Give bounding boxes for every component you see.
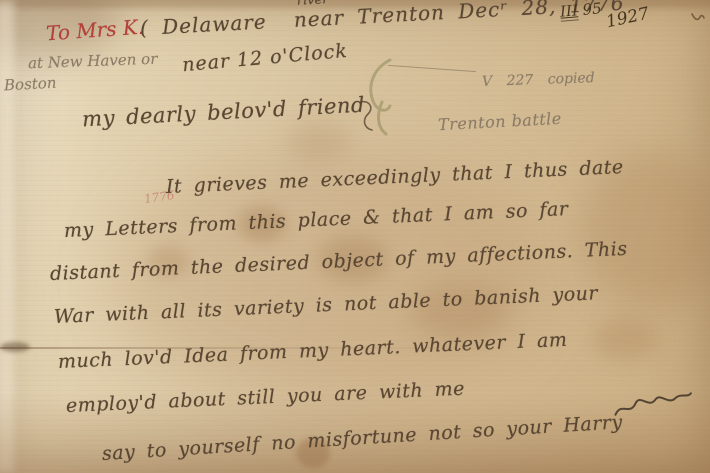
stain-left-edge-light bbox=[0, 0, 14, 473]
body-line-4: War with all its variety is not able to … bbox=[54, 282, 599, 328]
volume-page-mark: III 95 bbox=[559, 0, 602, 21]
body-line-3: distant from the desired object of my af… bbox=[50, 238, 628, 285]
stain-spot-5 bbox=[286, 120, 350, 162]
ink-scribble bbox=[610, 383, 695, 423]
page-number: 95 bbox=[582, 0, 603, 19]
recipient-docket: To Mrs K. bbox=[45, 15, 145, 46]
body-line-6: employ'd about still you are with me bbox=[66, 378, 466, 417]
copied-note: V 227 copied bbox=[482, 70, 595, 90]
volume-numeral: III bbox=[559, 1, 578, 21]
body-line-5: much lov'd Idea from my heart. whatever … bbox=[58, 329, 568, 373]
pencil-rule-line bbox=[388, 65, 476, 72]
stain-spot-6 bbox=[592, 318, 658, 360]
manuscript-letter-scan: To Mrs K. ( Delaware river near Trenton … bbox=[0, 0, 710, 473]
salutation: my dearly belov'd friend bbox=[82, 93, 366, 132]
forwarding-note-line1: at New Haven or bbox=[28, 50, 158, 73]
heading-time: near 12 o'Clock bbox=[181, 40, 348, 76]
margin-check-mark bbox=[690, 10, 706, 24]
heading-place-date: ( Delaware river near Trenton Decʳ 28, 1… bbox=[139, 0, 625, 40]
body-line-2: my Letters from this place & that I am s… bbox=[64, 198, 569, 242]
salutation-flourish bbox=[356, 98, 378, 132]
crease-dark-blob bbox=[0, 342, 30, 352]
subject-note: Trenton battle bbox=[438, 109, 563, 134]
forwarding-note-line2: Boston bbox=[4, 74, 57, 95]
heading-place-start: ( Delaware bbox=[139, 9, 267, 40]
body-line-7: say to yourself no misfortune not so you… bbox=[101, 411, 623, 465]
body-line-1: It grieves me exceedingly that I thus da… bbox=[166, 156, 625, 198]
